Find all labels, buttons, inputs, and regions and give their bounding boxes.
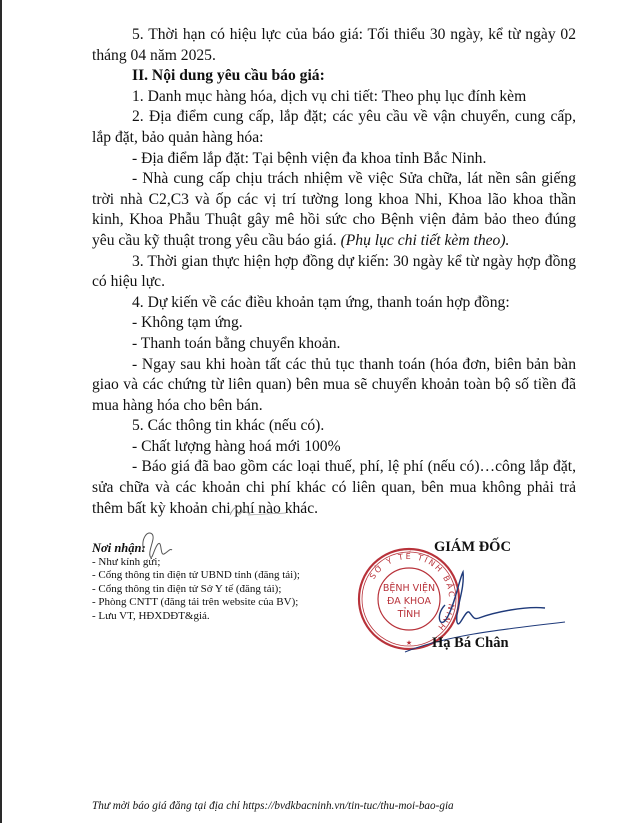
item-2-supplier: - Nhà cung cấp chịu trách nhiệm về việc …: [92, 169, 576, 251]
recipients-title: Nơi nhận:: [92, 540, 342, 556]
item-5: 5. Các thông tin khác (nếu có).: [92, 416, 576, 437]
director-name: Hạ Bá Chân: [432, 635, 509, 652]
item-3: 3. Thời gian thực hiện hợp đồng dự kiến:…: [92, 252, 576, 293]
recipients-block: Nơi nhận: - Như kính gửi; - Cổng thông t…: [92, 540, 342, 623]
validity-paragraph: 5. Thời hạn có hiệu lực của báo giá: Tối…: [92, 25, 576, 66]
document-body: 5. Thời hạn có hiệu lực của báo giá: Tối…: [92, 25, 576, 519]
item-4-payment-terms: - Ngay sau khi hoàn tất các thủ tục than…: [92, 355, 576, 417]
recipient-item: - Cổng thông tin điện tử UBND tỉnh (đăng…: [92, 569, 342, 582]
initial-signature-icon: [228, 503, 288, 519]
item-4: 4. Dự kiến về các điều khoản tạm ứng, th…: [92, 293, 576, 314]
item-4-no-advance: - Không tạm ứng.: [92, 313, 576, 334]
recipient-item: - Cổng thông tin điện tử Sở Y tế (đăng t…: [92, 583, 342, 596]
recipient-item: - Phòng CNTT (đăng tải trên website của …: [92, 596, 342, 609]
item-2: 2. Địa điểm cung cấp, lắp đặt; các yêu c…: [92, 107, 576, 148]
item-5-quality: - Chất lượng hàng hoá mới 100%: [92, 437, 576, 458]
recipient-item: - Như kính gửi;: [92, 556, 342, 569]
item-5-price-inclusion: - Báo giá đã bao gồm các loại thuế, phí,…: [92, 457, 576, 519]
recipient-item: - Lưu VT, HĐXDĐT&giá.: [92, 610, 342, 623]
item-2-appendix-note: (Phụ lục chi tiết kèm theo).: [341, 232, 510, 249]
item-1: 1. Danh mục hàng hóa, dịch vụ chi tiết: …: [92, 87, 576, 108]
document-page: 5. Thời hạn có hiệu lực của báo giá: Tối…: [0, 0, 636, 823]
item-4-transfer: - Thanh toán bằng chuyển khoản.: [92, 334, 576, 355]
footer-note: Thư mời báo giá đăng tại địa chỉ https:/…: [92, 800, 454, 812]
item-2-location: - Địa điểm lắp đặt: Tại bệnh viện đa kho…: [92, 149, 576, 170]
recipient-initial-signature-icon: [138, 528, 178, 564]
section-title: II. Nội dung yêu cầu báo giá:: [92, 66, 576, 87]
